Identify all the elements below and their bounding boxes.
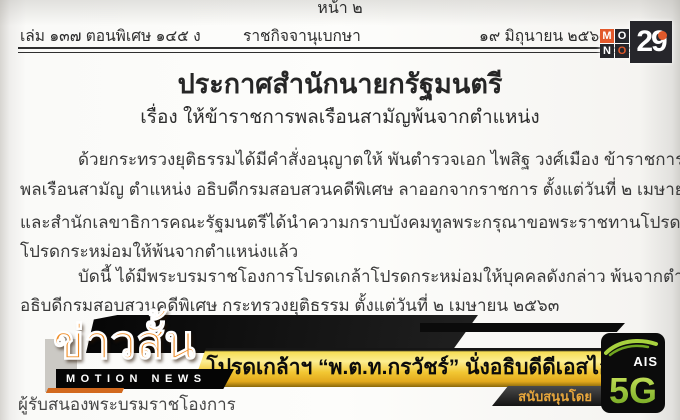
program-orange-underline bbox=[46, 388, 124, 393]
mono-letter-grid: M O N O bbox=[600, 29, 629, 58]
headline-text: โปรดเกล้าฯ “พ.ต.ท.กรวัชร์” นั่งอธิบดีดีเ… bbox=[206, 351, 611, 384]
mono-orange-dot-icon bbox=[658, 31, 667, 40]
gazette-name: ราชกิจจานุเบกษา bbox=[243, 23, 361, 48]
sponsor-label: สนับสนุนโดย bbox=[518, 386, 592, 407]
mono29-channel-logo: M O N O 29 bbox=[600, 19, 672, 65]
program-name-logo: ข่าวสั้น bbox=[53, 316, 196, 369]
document-line: และสำนักเลขาธิการคณะรัฐมนตรีได้นำความกรา… bbox=[20, 209, 680, 236]
banner-black-tail bbox=[420, 323, 625, 332]
mono-letter-o2: O bbox=[615, 44, 629, 58]
gazette-volume: เล่ม ๑๓๗ ตอนพิเศษ ๑๔๕ ง bbox=[20, 23, 201, 48]
document-line: บัดนี้ ได้มีพระบรมราชโองการโปรดเกล้าโปรด… bbox=[78, 263, 680, 290]
program-subtitle-text: MOTION NEWS bbox=[66, 373, 207, 385]
program-subtitle-strip: MOTION NEWS bbox=[56, 369, 234, 389]
document-line: อธิบดีกรมสอบสวนคดีพิเศษ กระทรวงยุติธรรม … bbox=[20, 292, 559, 319]
mono-letter-n: N bbox=[600, 44, 614, 58]
ais-5g-logo: AIS 5G bbox=[601, 333, 665, 413]
document-subtitle: เรื่อง ให้ข้าราชการพลเรือนสามัญพ้นจากตำแ… bbox=[0, 102, 680, 132]
headline-bar: โปรดเกล้าฯ “พ.ต.ท.กรวัชร์” นั่งอธิบดีดีเ… bbox=[192, 348, 656, 387]
mono-letter-m: M bbox=[600, 29, 614, 43]
document-title: ประกาศสำนักนายกรัฐมนตรี bbox=[0, 62, 680, 105]
document-line: โปรดกระหม่อมให้พ้นจากตำแหน่งแล้ว bbox=[20, 238, 298, 265]
document-line: พลเรือนสามัญ ตำแหน่ง อธิบดีกรมสอบสวนคดีพ… bbox=[20, 176, 680, 203]
signatory-line: ผู้รับสนองพระบรมราชโองการ bbox=[18, 391, 236, 418]
mono-letter-o1: O bbox=[615, 29, 629, 43]
page-number-label: หน้า ๒ bbox=[0, 0, 680, 21]
document-line: ด้วยกระทรวงยุติธรรมได้มีคำสั่งอนุญาตให้ … bbox=[78, 146, 680, 173]
broadcast-frame: หน้า ๒ เล่ม ๑๓๗ ตอนพิเศษ ๑๔๕ ง ราชกิจจาน… bbox=[0, 0, 680, 420]
header-rule bbox=[18, 47, 662, 53]
ais-brand-text: AIS bbox=[633, 354, 658, 369]
ais-5g-text: 5G bbox=[601, 373, 665, 409]
gazette-date: ๑๙ มิถุนายน ๒๕๖๓ bbox=[479, 23, 610, 48]
mono-number-29: 29 bbox=[630, 21, 672, 63]
